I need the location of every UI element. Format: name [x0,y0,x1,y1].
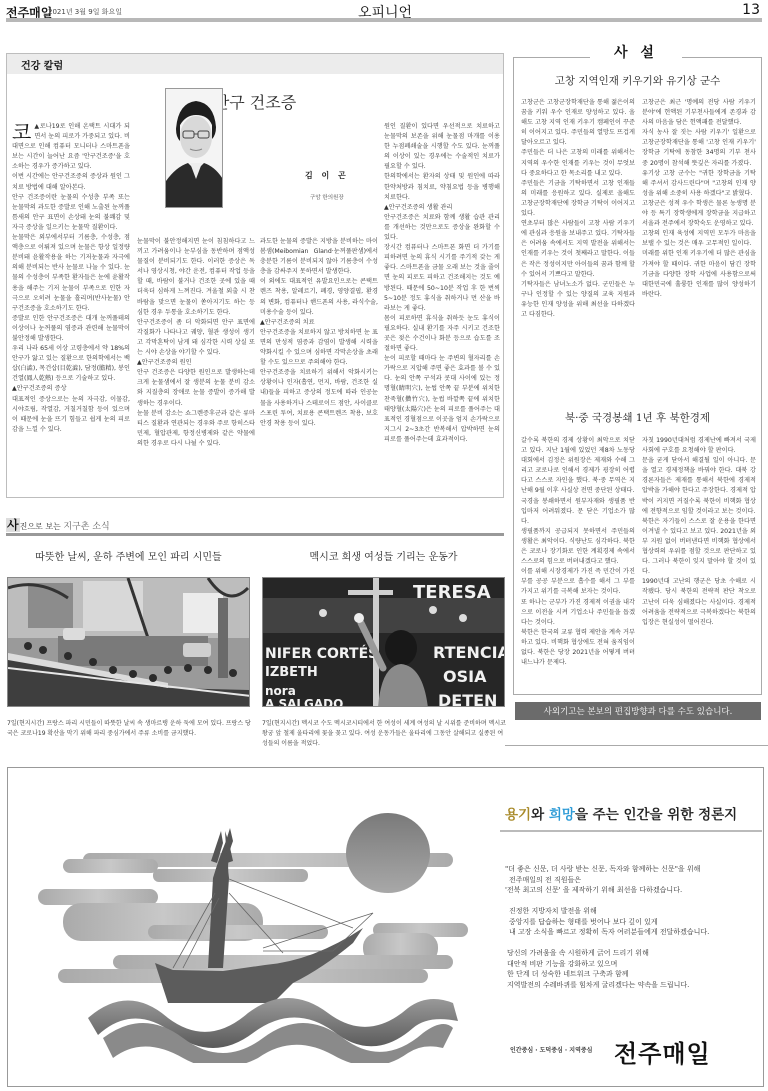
paragraph: 자식 농사 잘 짓는 사람 키우기' 일환으로 고창군장학재단을 통해 '고창 … [642,128,756,168]
dropcap: 코 [12,122,31,142]
ad-line: 전주매일의 전 직원들은 [505,875,700,886]
paragraph: 북한은 자기들이 스스로 잘 운용을 한다면 이겨낼 수 있다고 보고 있다. … [642,517,756,578]
paragraph: 갈수록 북한의 경제 상황이 최악으로 치닫고 있다. 지난 1월에 있었던 제… [521,436,635,497]
paragraph: 원인 질환이 있다면 우선적으로 치료하고 눈물막의 보존을 위해 눈물점 마개… [384,122,500,172]
paragraph: 이를 위해 시장경제가 가진 즉 민간이 가진 부를 공공 부분으로 흡수를 해… [521,567,635,597]
paragraph: 국경을 봉쇄하면서 원부자재와 생필품 반입마저 어려워졌다. 문 닫은 기업소… [521,497,635,527]
sign-text: TERESA [413,582,491,603]
editorial-text-col1: 고창군은 고창군장학재단을 통해 젊은이의 꿈을 키워 우수 인재로 양성하고 … [521,98,635,388]
author-portrait-icon [166,89,223,208]
paragraph: 연초부터 많은 사람들이 고창 사람 키우기에 관심과 응원을 보내주고 있다.… [521,219,635,280]
column-text-col2: 눈물막이 불안정해지면 눈이 침침하다고 느끼고 가려움이나 눈부심을 동반하며… [137,237,255,492]
paragraph: 우리 나라 65세 이상 고령층에서 약 18%의 안구가 앓고 있는 질환으로… [12,344,130,384]
paris-canal-image-icon [8,578,250,707]
photo-news-label: 사진으로 보는 지구촌 소식 [6,516,110,533]
editorial-text-col2: 고창군은 최근 '명예의 전당 사람 키우기 분야'에 헌액된 기부천사들에게 … [642,98,756,388]
paragraph: 북한은 한국의 교류 협력 제안을 계속 거부하고 있다. 비핵화 협상에도 전… [521,628,635,668]
paragraph: 눈물 분비 감소는 쇼그렌증후군과 같은 류마티스 질환과 연관되는 경우와 주… [137,409,255,449]
slogan-courage: 용기 [505,807,531,823]
paragraph: 고창군은 성적 우수 학생은 물론 농생명 분야 등 특기 장학생에게 장학금을… [642,199,756,229]
paragraph: 증발로 인한 안구건조증은 대개 눈꺼풀테의 이상이나 눈꺼풀의 염증과 관련해… [12,314,130,344]
ad-line: 대안적 비판 기능을 강화하고 있으며 [507,959,689,970]
slogan-hope: 희망 [549,807,575,823]
ad-line: 중앙지를 답습하는 형태를 벗어나 보다 깊이 있게 [509,917,709,928]
slogan-text: 을 주는 인간을 위한 정론지 [575,807,737,823]
sign-text: NIFER CORTÉS [265,645,378,662]
paragraph: 안구건조증을 치료하지 않고 방치하면 눈 표면의 만성적 염증과 감염이 발생… [260,328,378,368]
ad-line: "더 좋은 신문, 더 사랑 받는 신문, 독자와 함께하는 신문"을 위해 [505,864,700,875]
subheading: ▲안구건조증의 치료 [260,318,378,328]
ad-text-block2: 진정한 지방자치 발전을 위해 중앙지를 답습하는 형태를 벗어나 보다 깊이 … [509,906,709,938]
mexico-memorial-image-icon: TERESA NIFER CORTÉS IZBETH nora A SALGAD… [263,578,505,707]
ad-logo: 전주매일 [614,1034,711,1069]
paragraph: 고창군은 최근 '명예의 전당 사람 키우기 분야'에 헌액된 기부천사들에게 … [642,98,756,128]
paragraph: 주민들은 더 나은 고창의 미래를 위해서는 지역의 우수한 인재를 키우는 것… [521,148,635,178]
column-label: 건강 칼럼 [7,54,503,74]
paragraph: 고창의 인재 육성에 지역민 모두가 마음을 보탤 수 있는 것은 매우 고무적… [642,229,756,249]
ad-text-block3: 당신의 가려움을 속 시원하게 긁어 드리기 위해 대안적 비판 기능을 강화하… [507,948,689,990]
paragraph: 이번 시간에는 안구건조증의 증상과 원인 그 치료 방법에 대해 알아본다. [12,172,130,192]
photo2-caption: 7일(현지시간) 멕시코 수도 멕시코시티에서 한 여성이 세계 여성의 날 시… [262,719,507,749]
sign-text: OSIA [443,667,487,686]
paragraph: 유기상 고창 군수는 "귀한 장학금을 기탁해 주셔서 감사드린다"며 "고창의… [642,169,756,199]
paragraph: 안구건조증은 치료와 함께 생활 습관 관리를 개선하는 것만으로도 증상을 완… [384,213,500,243]
mexico-memorial-photo: TERESA NIFER CORTÉS IZBETH nora A SALGAD… [262,577,505,707]
ad-line: 한 단계 더 성숙한 네트워크 구축과 함께 [507,969,689,980]
paragraph: 기탁자들은 남녀노소가 없다. 군민들은 누구나 인정할 수 있는 양질의 교육… [521,280,635,320]
paragraph: 대표적인 증상으로는 눈의 자극감, 이물감, 시야흐림, 작열감, 거칠거칠함… [12,395,130,435]
label-small: 진으로 보는 [20,522,64,531]
paragraph: 과도한 눈물의 증발은 지방을 분비하는 마이봄샘(Meibomian Glan… [260,237,378,277]
photo2-title: 멕시코 희생 여성들 기리는 운동가 [262,548,505,563]
column-text-col4: 원인 질환이 있다면 우선적으로 치료하고 눈물막의 보존을 위해 눈물점 마개… [384,122,500,492]
paris-canal-photo [7,577,250,707]
subheading: ▲안구건조증의 원인 [137,358,255,368]
photo-news-divider [6,533,504,536]
photo1-caption: 7일(현지시간) 프랑스 파리 시민들이 따뜻한 날씨 속 생마르탱 운하 둑에… [7,719,252,739]
ad-text-block1: "더 좋은 신문, 더 사랑 받는 신문, 독자와 함께하는 신문"을 위해 전… [505,864,700,896]
ad-line: 내 고장 소식을 빠르고 정확히 독자 여러분들에게 전달하겠습니다. [509,927,709,938]
ad-slogan: 용기와 희망을 주는 인간을 위한 정론지 [505,803,737,823]
paragraph: 안구건조증을 치료하기 위해서 악화시키는 상황이나 인자(흡연, 먼지, 바람… [260,368,378,429]
paragraph: 한의학에서는 환자의 상태 및 원인에 따라 한약처방과 침치료, 약침요법 등… [384,172,500,202]
paragraph: 주민들은 기금을 기탁하면서 고창 인재들의 미래를 응원하고 있다. 실제로 … [521,179,635,219]
column-text-col3: 과도한 눈물의 증발은 지방을 분비하는 마이봄샘(Meibomian Glan… [260,237,378,492]
paragraph: 이 외에도 대표적인 유발요인으로는 콘택트렌즈 착용, 알레르기, 폐경, 영… [260,277,378,317]
ad-line: 진정한 지방자치 발전을 위해 [509,906,709,917]
author-name: 김 이 곤 [305,170,349,181]
pen-ship-illustration-icon [33,803,473,1063]
editorial-title: 고창 지역인재 키우기와 유기상 군수 [513,73,762,88]
paragraph: 미래를 위한 인재 키우기에 더 많은 관심을 가져야 할 때이다. 귀한 마음… [642,249,756,299]
editorial-sub-text-col2: 자칫 1990년대처럼 경제난에 빠져서 국제사회에 구호를 요청해야 할 판이… [642,436,756,690]
sign-text: IZBETH [265,665,318,680]
sign-text: nora [265,684,296,698]
paragraph: 안구건조증이 좀 더 악화되면 안구 표면에 각질화가 나타나고 궤양, 혈관 … [137,318,255,358]
paragraph: 생필품까지 공급되지 못하면서 주민들의 생활은 최악이다. 식량난도 심각하다… [521,527,635,567]
sign-text: DETEN [438,691,497,707]
editorial-label: 사 설 [590,42,682,62]
label-initial: 사 [6,518,20,532]
paragraph: 눈물막은 외부에서부터 기름층, 수성층, 점액층으로 이뤄져 있으며 눈물은 … [12,233,130,314]
paragraph: 눈물막이 불안정해지면 눈이 침침하다고 느끼고 가려움이나 눈부심을 동반하며… [137,237,255,318]
column-title: 안구 건조증 [6,90,504,113]
paragraph: 안구 건조증은 다양한 원인으로 발생하는데 크게 눈물샘에서 잘 생분의 눈물… [137,368,255,408]
photo1-title: 따뜻한 날씨, 운하 주변에 모인 파리 시민들 [7,548,250,563]
ad-line: 당신의 가려움을 속 시원하게 긁어 드리기 위해 [507,948,689,959]
author-photo [165,88,223,208]
disclaimer-banner: 사외기고는 본보의 편집방향과 다를 수도 있습니다. [515,702,761,720]
subheading: ▲안구건조증의 증상 [12,384,130,394]
ad-divider [500,830,762,832]
sign-text: RTENCIA [433,643,505,662]
divider [505,745,768,746]
subheading: ▲안구건조증의 생활 관리 [384,203,500,213]
author-role: 구암 한의원장 [310,193,344,201]
label-rest: 지구촌 소식 [63,522,109,532]
paragraph: 또 하나는 군부가 가진 경제적 이권을 내각으로 이전을 시켜 기업소나 주민… [521,598,635,628]
paragraph: 안구 건조증이란 눈물의 수성층 부족 또는 눈물막의 과도한 증발로 인해 노… [12,193,130,233]
header-divider [6,18,762,22]
sign-text: A SALGADO [265,697,343,707]
paragraph: 1990년대 고난의 행군은 당초 수해로 시작됐다. 당시 북한의 전략적 판… [642,577,756,627]
paragraph: 자칫 1990년대처럼 경제난에 빠져서 국제사회에 구호를 요청해야 할 판이… [642,436,756,456]
editorial-sub-text-col1: 갈수록 북한의 경제 상황이 최악으로 치닫고 있다. 지난 1월에 있었던 제… [521,436,635,690]
paragraph: 눈이 피로할 때마다 눈 주변의 혈자리를 손가락으로 지압해 주면 좋은 효과… [384,354,500,445]
paragraph: 문을 굳게 닫아서 해결될 일이 아니다. 문을 열고 경제정책을 바꿔야 한다… [642,456,756,517]
ad-line: '전북 최고의 신문' 을 제작하기 위해 최선을 다하겠습니다. [505,885,700,896]
issue-date: 2021년 3월 9일 화요일 [48,7,122,17]
ad-tagline: 인간중심 · 도덕중심 · 지역중심 [510,1045,592,1054]
column-text-col1: 코 ▲로나19로 인해 온택트 시대가 되면서 눈의 피로가 가중되고 있다. … [12,122,130,492]
paragraph: 몸이 피로하면 휴식을 취하듯 눈도 휴식이 필요하다. 실내 환기를 자주 시… [384,314,500,354]
editorial-subtitle: 북·중 국경봉쇄 1년 후 북한경제 [513,410,762,425]
paragraph: 고창군은 고창군장학재단을 통해 젊은이의 꿈을 키워 우수 인재로 양성하고 … [521,98,635,148]
ad-line: 지역발전의 수레바퀴를 힘차게 굴리겠다는 약속을 드립니다. [507,980,689,991]
paragraph: 장시간 컴퓨터나 스마트폰 화면 더 가기를 피하려면 눈의 휴식 시기를 주기… [384,243,500,314]
page-number: 13 [742,2,760,18]
slogan-text: 와 [531,807,549,823]
